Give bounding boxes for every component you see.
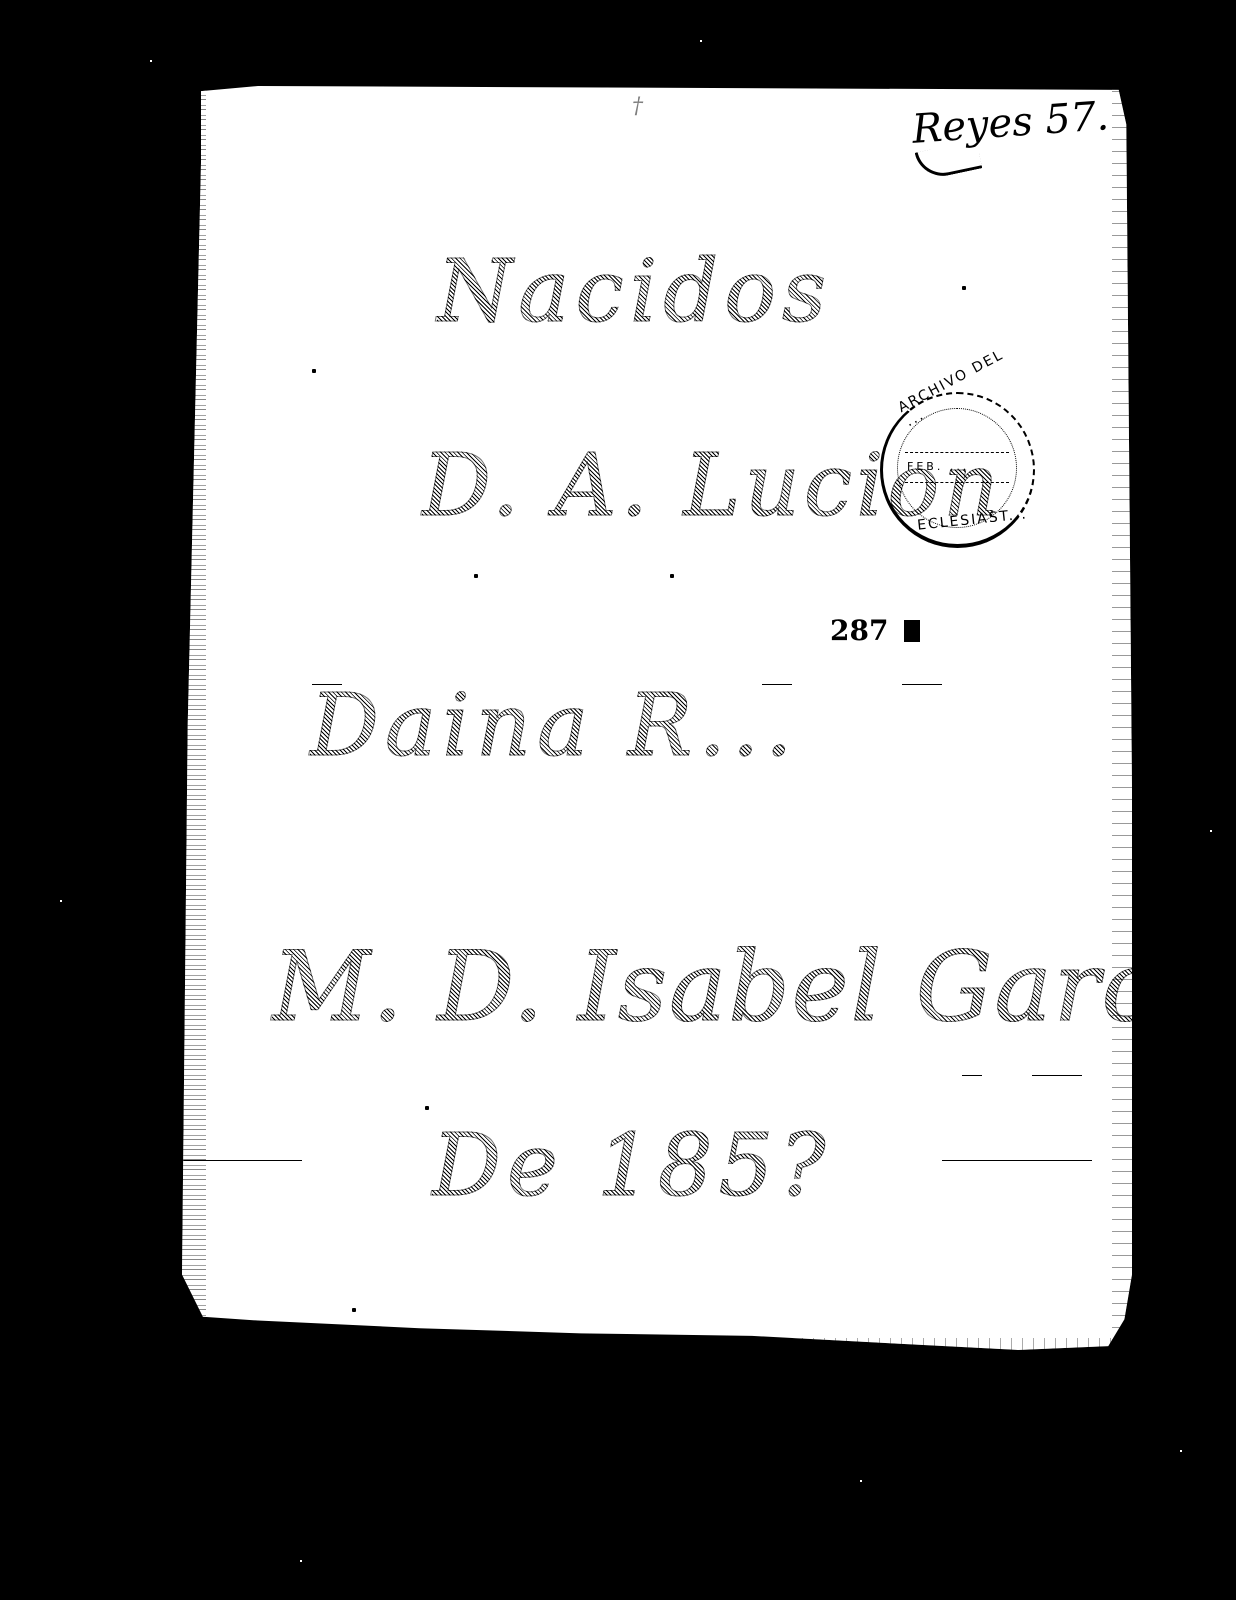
stamp-center-text: FEB. ... [907, 460, 969, 473]
scan-line [182, 1160, 302, 1161]
shelf-number: 287 [830, 614, 888, 647]
ink-speck [312, 369, 316, 373]
scan-line [902, 684, 942, 685]
scan-noise [700, 40, 702, 42]
ink-speck [474, 574, 478, 578]
archive-stamp: ARCHIVO DEL ... FEB. ... ECLESIAST... [880, 392, 1035, 548]
title-line-3: Daina R... [310, 676, 799, 776]
scan-line [1032, 1075, 1082, 1076]
scan-line [312, 684, 342, 685]
document-page: † Reyes 57. Nacidos D. A. Lucion Daina R… [182, 86, 1132, 1364]
ink-speck [352, 1308, 356, 1312]
ink-speck [670, 574, 674, 578]
scan-noise [860, 1480, 862, 1482]
scan-noise [150, 60, 152, 62]
page-edge-bottom [182, 1338, 1132, 1364]
scan-line [962, 1075, 982, 1076]
title-line-1: Nacidos [437, 242, 832, 342]
stamp-divider [905, 482, 1009, 483]
title-line-4: M. D. Isabel García [272, 931, 1236, 1043]
scan-line [942, 1160, 1092, 1161]
scan-noise [1210, 830, 1212, 832]
scan-noise [60, 900, 62, 902]
ink-speck [425, 1106, 429, 1110]
page-edge-right [1112, 86, 1132, 1364]
archive-annotation: Reyes 57. [911, 93, 1111, 153]
title-line-5: De 185? [432, 1116, 831, 1216]
scan-line [762, 684, 792, 685]
ink-speck [962, 286, 966, 290]
scan-noise [300, 1560, 302, 1562]
scan-noise [1180, 1450, 1182, 1452]
shelf-number-mark [904, 620, 920, 642]
stamp-divider [905, 452, 1009, 453]
page-edge-left [182, 86, 206, 1364]
top-center-mark: † [632, 94, 643, 119]
